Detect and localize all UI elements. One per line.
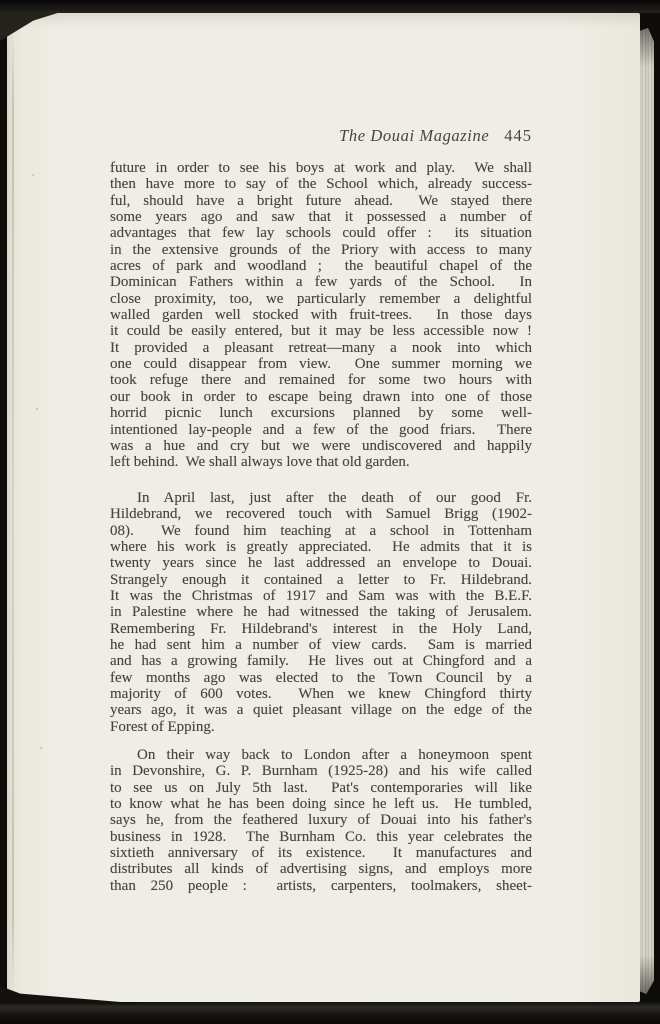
text-line: few months ago was elected to the Town C… — [110, 670, 532, 686]
text-line: to know what he has been doing since he … — [110, 796, 532, 812]
text-line: Dominican Fathers within a few yards of … — [110, 274, 532, 290]
page-header: The Douai Magazine445 — [110, 126, 532, 146]
text-line: On their way back to London after a hone… — [110, 747, 532, 763]
book-cover-edge-top — [0, 0, 660, 13]
text-line: sixtieth anniversary of its existence. I… — [110, 845, 532, 861]
text-line: years ago, it was a quiet pleasant villa… — [110, 702, 532, 718]
text-line: distributes all kinds of advertising sig… — [110, 861, 532, 877]
text-line: where his work is greatly appreciated. H… — [110, 539, 532, 555]
text-line: was a hue and cry but we were undiscover… — [110, 438, 532, 454]
text-line: Strangely enough it contained a letter t… — [110, 572, 532, 588]
text-line: in Devonshire, G. P. Burnham (1925-28) a… — [110, 763, 532, 779]
text-line: acres of park and woodland ; the beautif… — [110, 258, 532, 274]
text-line: in Palestine where he had witnessed the … — [110, 604, 532, 620]
magazine-title: The Douai Magazine — [339, 126, 489, 145]
text-line: majority of 600 votes. When we knew Chin… — [110, 686, 532, 702]
text-line: It provided a pleasant retreat—many a no… — [110, 340, 532, 356]
text-line: and has a growing family. He lives out a… — [110, 653, 532, 669]
text-line: business in 1928. The Burnham Co. this y… — [110, 829, 532, 845]
text-line: left behind. We shall always love that o… — [110, 454, 532, 470]
book-page: The Douai Magazine445 future in order to… — [7, 13, 640, 1002]
text-line: took refuge there and remained for some … — [110, 372, 532, 388]
paragraph: On their way back to London after a hone… — [110, 747, 532, 894]
text-line: 08). We found him teaching at a school i… — [110, 523, 532, 539]
text-line: to see us on July 5th last. Pat's contem… — [110, 780, 532, 796]
text-line: in the extensive grounds of the Priory w… — [110, 242, 532, 258]
scanned-book-photo: The Douai Magazine445 future in order to… — [0, 0, 660, 1024]
text-line: Forest of Epping. — [110, 719, 532, 735]
text-line: our book in order to escape being drawn … — [110, 389, 532, 405]
gutter-crease — [12, 31, 14, 992]
text-line: it could be easily entered, but it may b… — [110, 323, 532, 339]
text-line: Remembering Fr. Hildebrand's interest in… — [110, 621, 532, 637]
page-number: 445 — [504, 126, 532, 145]
text-line: intentioned lay-people and a few of the … — [110, 422, 532, 438]
paragraph: In April last, just after the death of o… — [110, 490, 532, 735]
text-line: some years ago and saw that it possessed… — [110, 209, 532, 225]
paragraph: future in order to see his boys at work … — [110, 160, 532, 471]
text-line: close proximity, too, we particularly re… — [110, 291, 532, 307]
text-line: says he, from the feathered luxury of Do… — [110, 812, 532, 828]
text-line: then have more to say of the School whic… — [110, 176, 532, 192]
text-line: ful, should have a bright future ahead. … — [110, 193, 532, 209]
text-line: walled garden well stocked with fruit-tr… — [110, 307, 532, 323]
text-line: one could disappear from view. One summe… — [110, 356, 532, 372]
text-line: horrid picnic lunch excursions planned b… — [110, 405, 532, 421]
text-line: advantages that few lay schools could of… — [110, 225, 532, 241]
text-line: It was the Christmas of 1917 and Sam was… — [110, 588, 532, 604]
text-line: In April last, just after the death of o… — [110, 490, 532, 506]
text-line: Hildebrand, we recovered touch with Samu… — [110, 506, 532, 522]
text-line: he had sent him a number of view cards. … — [110, 637, 532, 653]
text-line: than 250 people : artists, carpenters, t… — [110, 878, 532, 894]
book-cover-edge-bottom — [0, 1001, 660, 1024]
text-line: twenty years since he last addressed an … — [110, 555, 532, 571]
text-line: future in order to see his boys at work … — [110, 160, 532, 176]
